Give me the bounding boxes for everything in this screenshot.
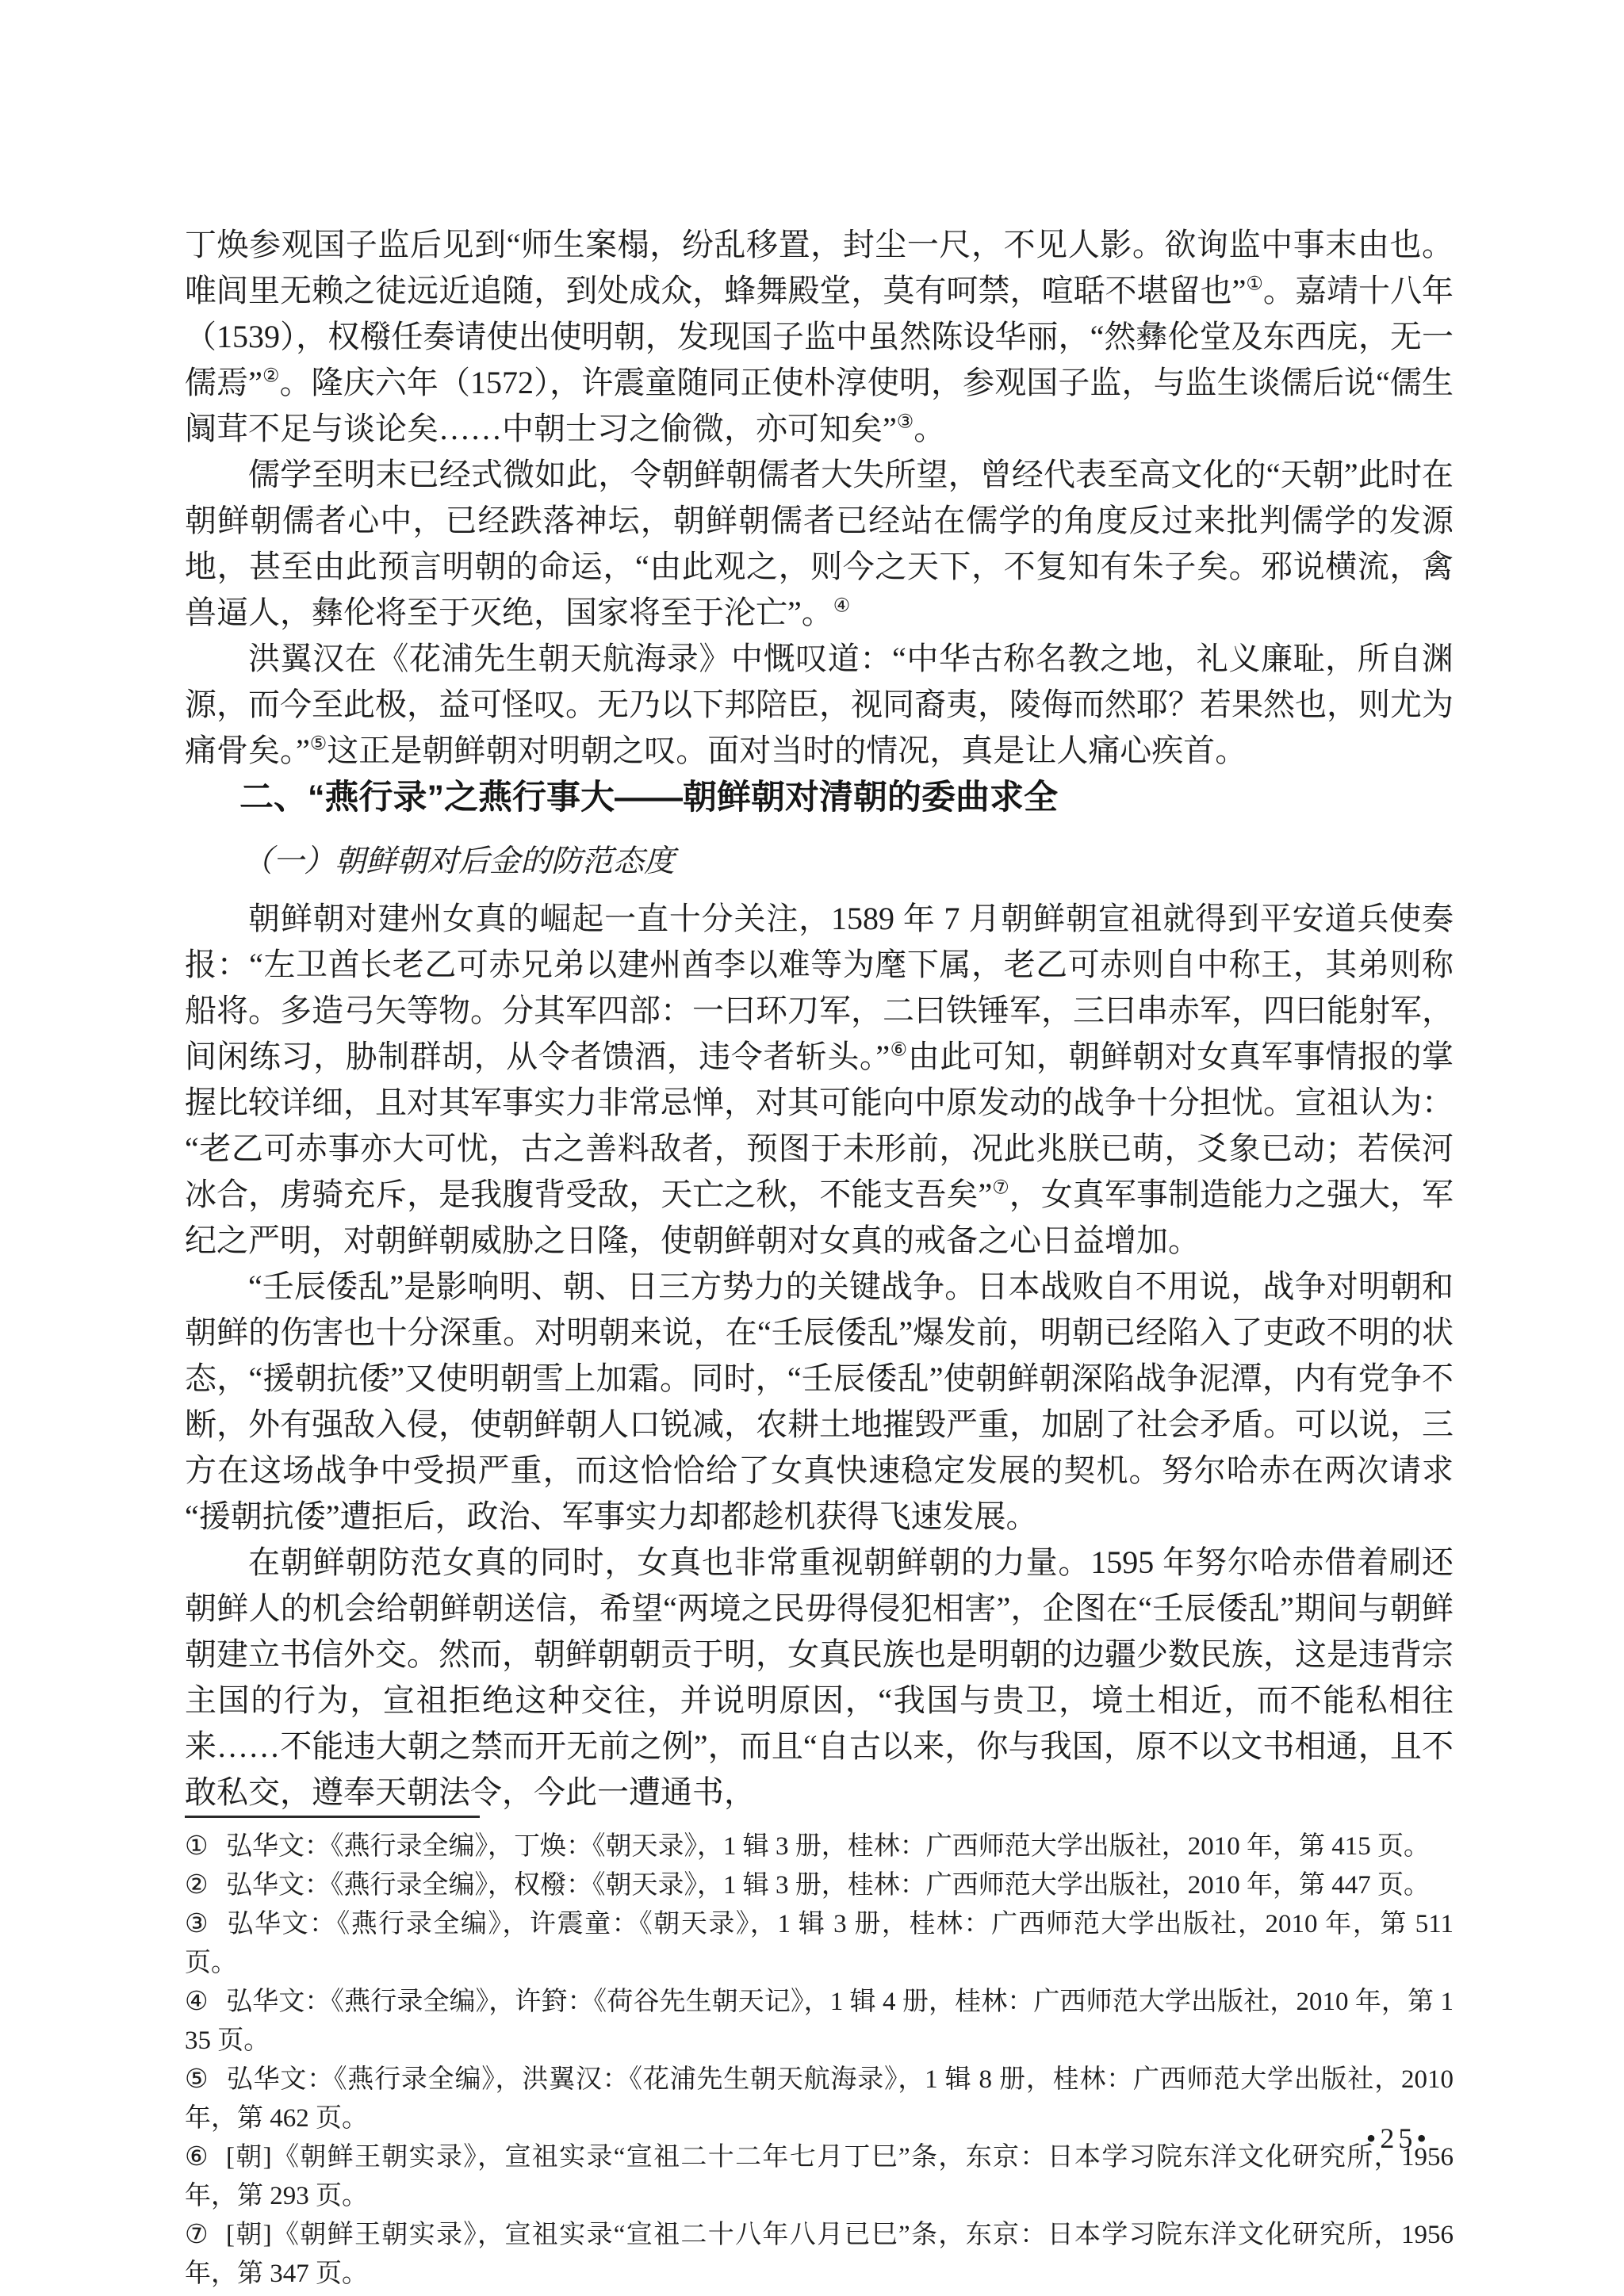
footnote-text: 弘华文：《燕行录全编》，许震童：《朝天录》，1 辑 3 册，桂林：广西师范大学出…	[185, 1910, 1454, 1977]
footnote-5: ⑤弘华文：《燕行录全编》，洪翼汉：《花浦先生朝天航海录》，1 辑 8 册，桂林：…	[185, 2061, 1454, 2138]
section-heading: 二、“燕行录”之燕行事大——朝鲜朝对清朝的委曲求全	[185, 774, 1454, 821]
footnote-ref: ⑤	[310, 734, 327, 755]
page-content: 丁焕参观国子监后见到“师生案榻，纷乱移置，封尘一尺，不见人影。欲询监中事末由也。…	[185, 222, 1454, 2294]
footnote-6: ⑥[朝]《朝鲜王朝实录》，宣祖实录“宣祖二十二年七月丁巳”条，东京：日本学习院东…	[185, 2138, 1454, 2216]
footnote-ref: ④	[833, 596, 851, 617]
footnotes: ①弘华文：《燕行录全编》，丁焕：《朝天录》，1 辑 3 册，桂林：广西师范大学出…	[185, 1827, 1454, 2294]
footnote-ref: ②	[262, 366, 280, 387]
footnote-marker: ⑤	[185, 2061, 226, 2099]
footnote-ref: ①	[1246, 274, 1263, 295]
body-paragraph-5: “壬辰倭乱”是影响明、朝、日三方势力的关键战争。日本战败自不用说，战争对明朝和朝…	[185, 1264, 1454, 1540]
footnote-3: ③弘华文：《燕行录全编》，许震童：《朝天录》，1 辑 3 册，桂林：广西师范大学…	[185, 1905, 1454, 1983]
footnote-marker: ⑥	[185, 2138, 226, 2177]
footnote-marker: ④	[185, 1983, 226, 2022]
subsection-heading: （一）朝鲜朝对后金的防范态度	[185, 839, 1454, 885]
footnote-marker: ②	[185, 1866, 226, 1905]
body-paragraph-3: 洪翼汉在《花浦先生朝天航海录》中慨叹道：“中华古称名教之地，礼义廉耻，所自渊源，…	[185, 636, 1454, 774]
footnote-marker: ①	[185, 1827, 226, 1866]
footnote-marker: ③	[185, 1905, 226, 1944]
page-number: •25•	[1366, 2122, 1431, 2155]
footnote-ref: ③	[897, 412, 914, 433]
body-paragraph-1: 丁焕参观国子监后见到“师生案榻，纷乱移置，封尘一尺，不见人影。欲询监中事末由也。…	[185, 222, 1454, 452]
document-page: { "body": { "paragraphs": [ { "segments"…	[0, 0, 1624, 2296]
footnote-text: 弘华文：《燕行录全编》，洪翼汉：《花浦先生朝天航海录》，1 辑 8 册，桂林：广…	[185, 2065, 1454, 2133]
footnote-text: 弘华文：《燕行录全编》，许篈：《荷谷先生朝天记》，1 辑 4 册，桂林：广西师范…	[185, 1988, 1454, 2055]
body-paragraph-2: 儒学至明末已经式微如此，令朝鲜朝儒者大失所望，曾经代表至高文化的“天朝”此时在朝…	[185, 452, 1454, 636]
footnote-7: ⑦[朝]《朝鲜王朝实录》，宣祖实录“宣祖二十八年八月已巳”条，东京：日本学习院东…	[185, 2216, 1454, 2294]
footnote-ref: ⑥	[890, 1040, 908, 1061]
footnote-separator	[185, 1816, 480, 1818]
footnote-ref: ⑦	[992, 1178, 1009, 1199]
body-paragraph-4: 朝鲜朝对建州女真的崛起一直十分关注，1589 年 7 月朝鲜朝宣祖就得到平安道兵…	[185, 896, 1454, 1264]
footnote-text: [朝]《朝鲜王朝实录》，宣祖实录“宣祖二十八年八月已巳”条，东京：日本学习院东洋…	[185, 2221, 1454, 2288]
footnote-marker: ⑦	[185, 2216, 226, 2255]
footnote-text: 弘华文：《燕行录全编》，权橃：《朝天录》，1 辑 3 册，桂林：广西师范大学出版…	[226, 1871, 1430, 1900]
footnote-1: ①弘华文：《燕行录全编》，丁焕：《朝天录》，1 辑 3 册，桂林：广西师范大学出…	[185, 1827, 1454, 1866]
footnote-2: ②弘华文：《燕行录全编》，权橃：《朝天录》，1 辑 3 册，桂林：广西师范大学出…	[185, 1866, 1454, 1905]
footnote-4: ④弘华文：《燕行录全编》，许篈：《荷谷先生朝天记》，1 辑 4 册，桂林：广西师…	[185, 1983, 1454, 2061]
body-paragraph-6: 在朝鲜朝防范女真的同时，女真也非常重视朝鲜朝的力量。1595 年努尔哈赤借着刷还…	[185, 1540, 1454, 1816]
footnote-text: 弘华文：《燕行录全编》，丁焕：《朝天录》，1 辑 3 册，桂林：广西师范大学出版…	[226, 1832, 1430, 1861]
footnote-text: [朝]《朝鲜王朝实录》，宣祖实录“宣祖二十二年七月丁巳”条，东京：日本学习院东洋…	[185, 2143, 1454, 2210]
